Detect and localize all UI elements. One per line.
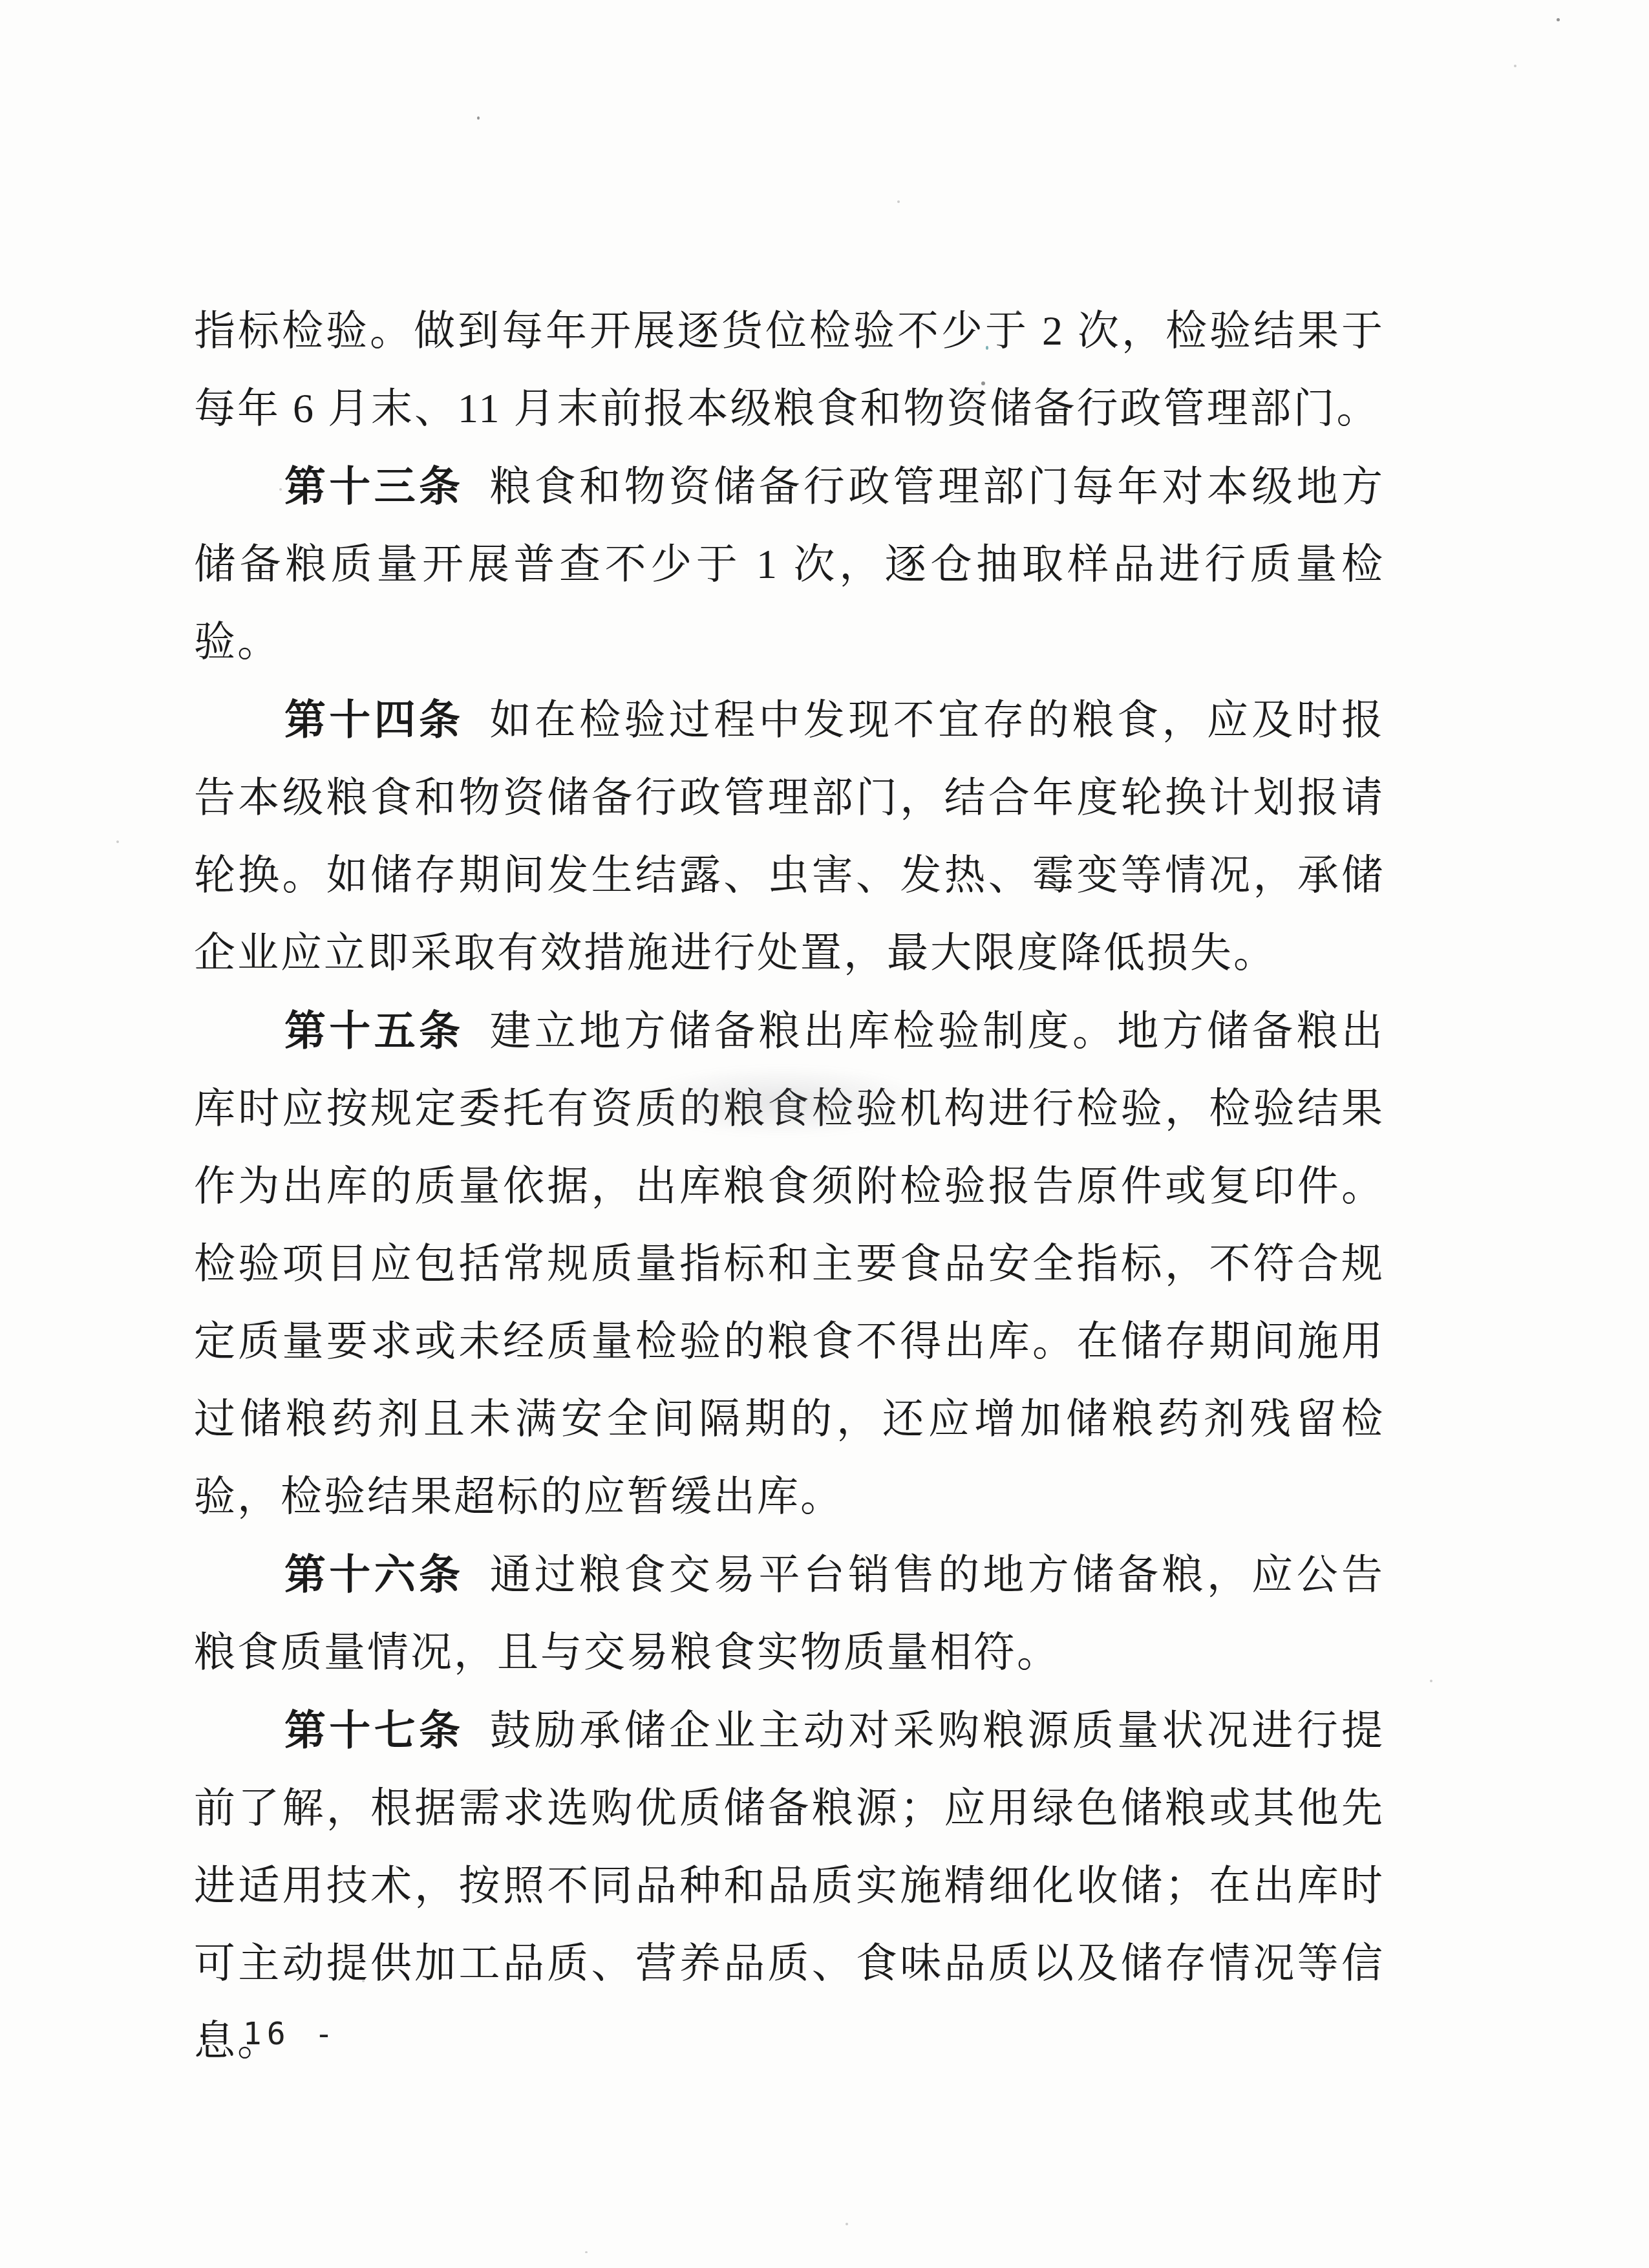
paragraph-article-16: 第十六条通过粮食交易平台销售的地方储备粮，应公告粮食质量情况，且与交易粮食实物质… [194,1535,1385,1691]
article-number: 第十五条 [284,1007,489,1054]
scan-speckle [1430,1680,1432,1682]
scan-speckle [897,200,900,203]
scan-speckle [981,381,985,385]
paragraph-article-17: 第十七条鼓励承储企业主动对采购粮源质量状况进行提前了解，根据需求选购优质储备粮源… [194,1691,1385,2080]
scan-speckle [279,488,282,491]
scan-speckle [477,116,480,120]
scan-speckle [362,1980,365,1982]
article-number: 第十三条 [284,463,489,509]
scan-speckle [986,346,988,350]
scan-speckle [328,784,330,786]
scan-speckle [1514,65,1516,67]
paragraph-article-14: 第十四条如在检验过程中发现不宜存的粮食，应及时报告本级粮食和物资储备行政管理部门… [194,681,1385,992]
document-page: 指标检验。做到每年开展逐货位检验不少于 2 次，检验结果于每年 6 月末、11 … [0,0,1649,2268]
article-number: 第十四条 [284,696,489,743]
page-number: - 16 - [195,2016,338,2052]
article-number: 第十六条 [284,1551,489,1598]
paragraph-article-13: 第十三条粮食和物资储备行政管理部门每年对本级地方储备粮质量开展普查不少于 1 次… [194,447,1385,681]
scan-speckle [846,2223,848,2225]
scan-speckle [116,840,119,843]
scan-speckle [1016,310,1019,314]
paragraph-article-15: 第十五条建立地方储备粮出库检验制度。地方储备粮出库时应按规定委托有资质的粮食检验… [194,992,1385,1535]
paragraph-text: 建立地方储备粮出库检验制度。地方储备粮出库时应按规定委托有资质的粮食检验机构进行… [194,1008,1385,1519]
paragraph-text: 指标检验。做到每年开展逐货位检验不少于 2 次，检验结果于每年 6 月末、11 … [194,308,1385,431]
scan-speckle [585,2251,588,2253]
paragraph-text: 鼓励承储企业主动对采购粮源质量状况进行提前了解，根据需求选购优质储备粮源；应用绿… [194,1707,1385,2064]
document-body: 指标检验。做到每年开展逐货位检验不少于 2 次，检验结果于每年 6 月末、11 … [194,292,1385,2080]
article-number: 第十七条 [284,1707,489,1753]
scan-speckle [1557,18,1560,21]
paragraph-continuation: 指标检验。做到每年开展逐货位检验不少于 2 次，检验结果于每年 6 月末、11 … [194,292,1385,447]
